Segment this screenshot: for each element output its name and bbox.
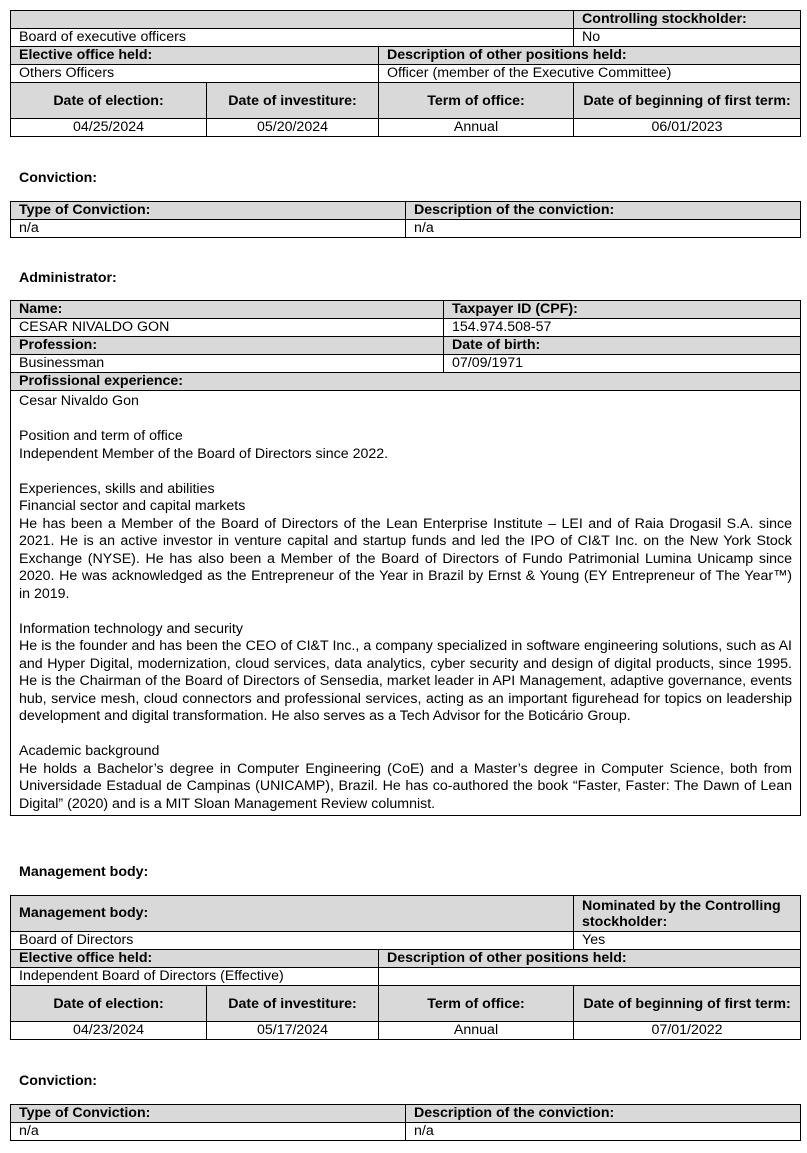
elective-office-value: Others Officers xyxy=(11,65,379,83)
conviction-description-label: Description of the conviction: xyxy=(406,1105,801,1123)
first-term-date-label: Date of beginning of first term: xyxy=(574,986,801,1022)
conviction-description-label: Description of the conviction: xyxy=(406,202,801,220)
term-of-office-value: Annual xyxy=(379,1022,574,1040)
elective-office-label: Elective office held: xyxy=(11,47,379,65)
date-of-election-value: 04/25/2024 xyxy=(11,119,207,137)
finance-title: Financial sector and capital markets xyxy=(19,498,792,516)
administrator-heading: Administrator: xyxy=(19,270,117,286)
management-body-value: Board of executive officers xyxy=(11,29,574,47)
date-of-election-value: 04/23/2024 xyxy=(11,1022,207,1040)
profession-label: Profession: xyxy=(11,337,444,355)
position-title: Position and term of office xyxy=(19,428,792,446)
cpf-label: Taxpayer ID (CPF): xyxy=(444,301,801,319)
conviction-heading-2: Conviction: xyxy=(19,1073,97,1089)
nominated-value: Yes xyxy=(574,932,801,950)
elective-office-value: Independent Board of Directors (Effectiv… xyxy=(11,968,379,986)
date-of-investiture-label: Date of investiture: xyxy=(207,83,379,119)
academic-text: He holds a Bachelor’s degree in Computer… xyxy=(19,761,792,814)
date-of-birth-label: Date of birth: xyxy=(444,337,801,355)
first-term-date-label: Date of beginning of first term: xyxy=(574,83,801,119)
management-body-header xyxy=(11,11,574,29)
other-positions-label: Description of other positions held: xyxy=(379,950,801,968)
experience-name-line: Cesar Nivaldo Gon xyxy=(19,393,792,411)
academic-title: Academic background xyxy=(19,743,792,761)
management-body-table: Management body: Nominated by the Contro… xyxy=(10,895,801,1040)
term-of-office-value: Annual xyxy=(379,119,574,137)
elective-office-label: Elective office held: xyxy=(11,950,379,968)
date-of-election-label: Date of election: xyxy=(11,986,207,1022)
finance-text: He has been a Member of the Board of Dir… xyxy=(19,516,792,604)
management-body-value: Board of Directors xyxy=(11,932,574,950)
other-positions-value xyxy=(379,968,801,986)
date-of-investiture-value: 05/20/2024 xyxy=(207,119,379,137)
management-body-heading: Management body: xyxy=(19,864,148,880)
controlling-stockholder-label: Controlling stockholder: xyxy=(574,11,801,29)
date-of-investiture-label: Date of investiture: xyxy=(207,986,379,1022)
it-text: He is the founder and has been the CEO o… xyxy=(19,638,792,726)
it-title: Information technology and security xyxy=(19,621,792,639)
conviction-description-value: n/a xyxy=(406,1123,801,1141)
conviction-type-value: n/a xyxy=(11,220,406,238)
conviction-type-label: Type of Conviction: xyxy=(11,1105,406,1123)
profession-value: Businessman xyxy=(11,355,444,373)
position-text: Independent Member of the Board of Direc… xyxy=(19,446,792,464)
administrator-table: Name: Taxpayer ID (CPF): CESAR NIVALDO G… xyxy=(10,300,801,816)
controlling-stockholder-value: No xyxy=(574,29,801,47)
conviction-type-label: Type of Conviction: xyxy=(11,202,406,220)
conviction-heading: Conviction: xyxy=(19,170,97,186)
name-label: Name: xyxy=(11,301,444,319)
conviction-type-value: n/a xyxy=(11,1123,406,1141)
professional-experience-label: Profissional experience: xyxy=(11,373,801,391)
conviction-table: Type of Conviction: Description of the c… xyxy=(10,201,801,238)
name-value: CESAR NIVALDO GON xyxy=(11,319,444,337)
conviction-description-value: n/a xyxy=(406,220,801,238)
management-body-label: Management body: xyxy=(11,896,574,932)
executive-officers-table: Controlling stockholder: Board of execut… xyxy=(10,10,801,137)
first-term-date-value: 06/01/2023 xyxy=(574,119,801,137)
cpf-value: 154.974.508-57 xyxy=(444,319,801,337)
professional-experience-text: Cesar Nivaldo Gon Position and term of o… xyxy=(11,391,801,816)
first-term-date-value: 07/01/2022 xyxy=(574,1022,801,1040)
other-positions-label: Description of other positions held: xyxy=(379,47,801,65)
date-of-birth-value: 07/09/1971 xyxy=(444,355,801,373)
term-of-office-label: Term of office: xyxy=(379,83,574,119)
skills-title: Experiences, skills and abilities xyxy=(19,481,792,499)
other-positions-value: Officer (member of the Executive Committ… xyxy=(379,65,801,83)
conviction-table-2: Type of Conviction: Description of the c… xyxy=(10,1104,801,1141)
date-of-election-label: Date of election: xyxy=(11,83,207,119)
term-of-office-label: Term of office: xyxy=(379,986,574,1022)
nominated-by-controlling-label: Nominated by the Controlling stockholder… xyxy=(574,896,801,932)
date-of-investiture-value: 05/17/2024 xyxy=(207,1022,379,1040)
